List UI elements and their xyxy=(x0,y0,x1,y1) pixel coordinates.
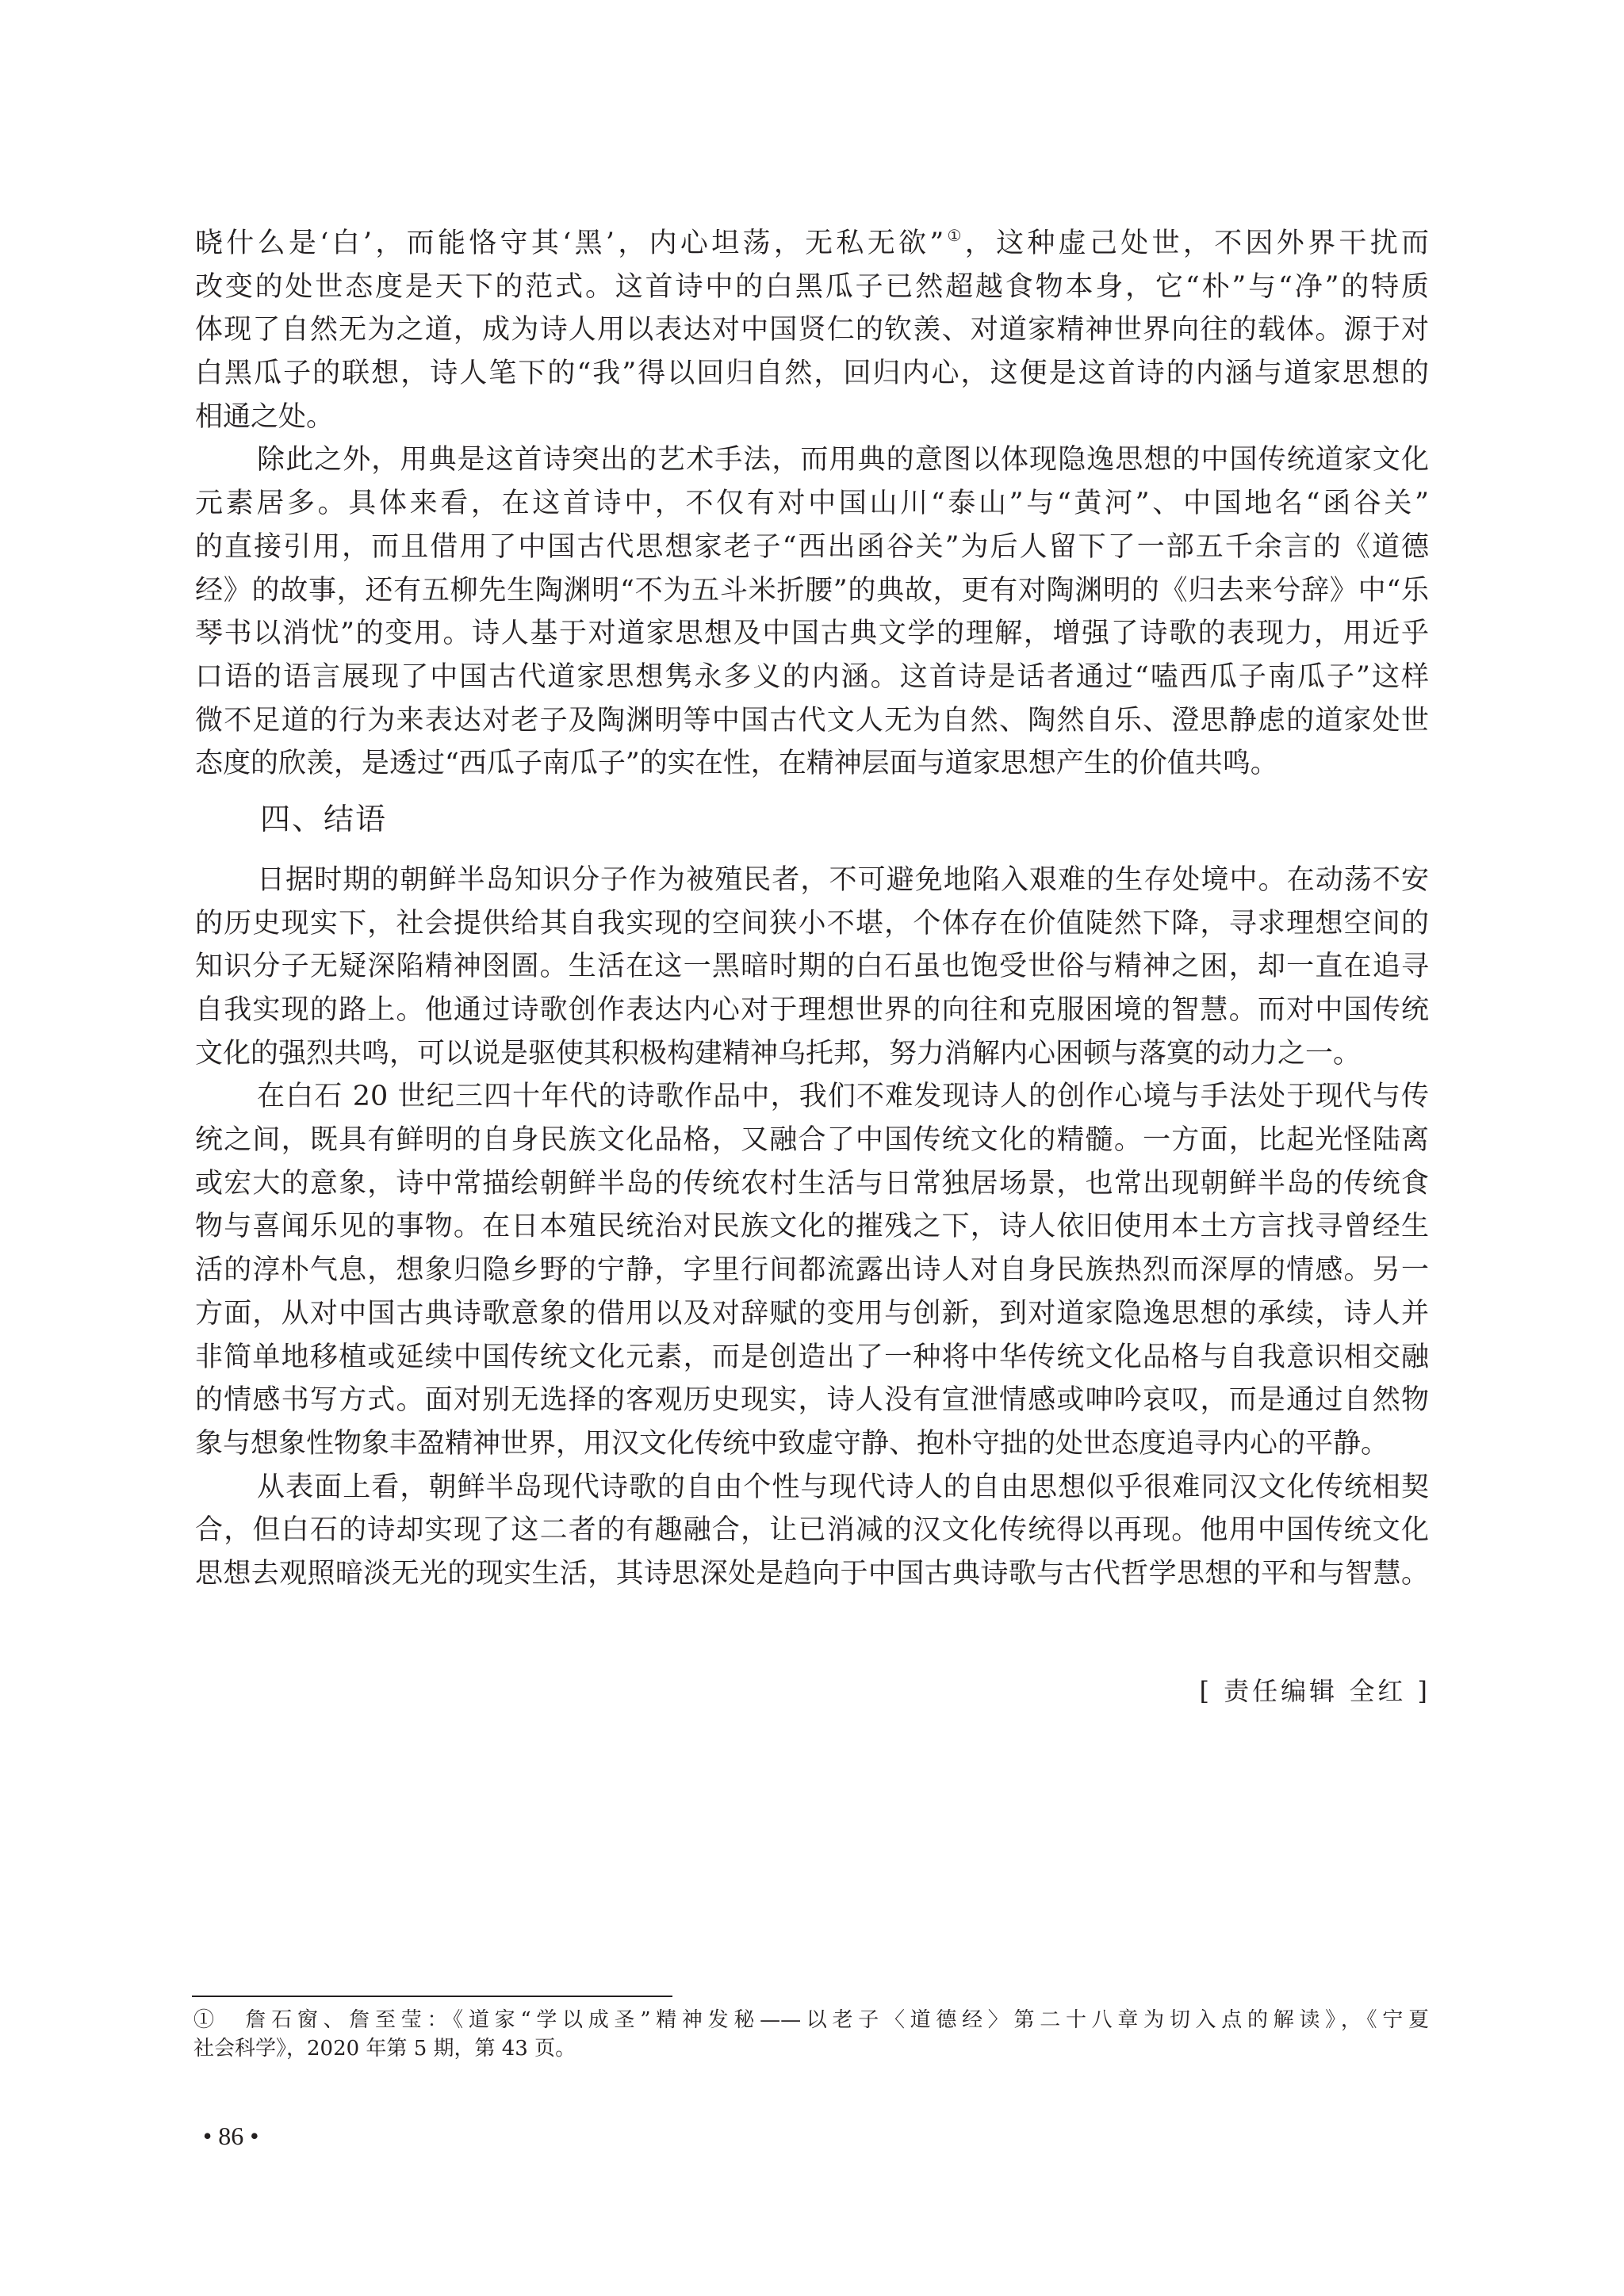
text-line: 活的淳朴气息，想象归隐乡野的宁静，字里行间都流露出诗人对自身民族热烈而深厚的情感… xyxy=(195,1249,1429,1292)
text-line: 改变的处世态度是天下的范式。这首诗中的白黑瓜子已然超越食物本身，它“朴”与“净”… xyxy=(195,266,1429,309)
article-body: 晓什么是‘白’，而能恪守其‘黑’，内心坦荡，无私无欲”①，这种虚己处世，不因外界… xyxy=(195,222,1429,1596)
text-line: 微不足道的行为来表达对老子及陶渊明等中国古代文人无为自然、陶然自乐、澄思静虑的道… xyxy=(195,699,1429,743)
paragraph: 日据时期的朝鲜半岛知识分子作为被殖民者，不可避免地陷入艰难的生存处境中。在动荡不… xyxy=(195,859,1429,1075)
text-line: 或宏大的意象，诗中常描绘朝鲜半岛的传统农村生活与日常独居场景，也常出现朝鲜半岛的… xyxy=(195,1162,1429,1206)
text-line: 象与想象性物象丰盈精神世界，用汉文化传统中致虚守静、抱朴守拙的处世态度追寻内心的… xyxy=(195,1422,1429,1466)
text-line: 思想去观照暗淡无光的现实生活，其诗思深处是趋向于中国古典诗歌与古代哲学思想的平和… xyxy=(195,1552,1429,1596)
text-line: 自我实现的路上。他通过诗歌创作表达内心对于理想世界的向往和克服困境的智慧。而对中… xyxy=(195,989,1429,1032)
text-line: 态度的欣羡，是透过“西瓜子南瓜子”的实在性，在精神层面与道家思想产生的价值共鸣。 xyxy=(195,742,1429,786)
footnote-line: ① 詹石窗、詹至莹：《道家“学以成圣”精神发秘——以老子〈道德经〉第二十八章为切… xyxy=(193,2006,1429,2034)
text-line: 除此之外，用典是这首诗突出的艺术手法，而用典的意图以体现隐逸思想的中国传统道家文… xyxy=(195,438,1429,482)
text-line: 白黑瓜子的联想，诗人笔下的“我”得以回归自然，回归内心，这便是这首诗的内涵与道家… xyxy=(195,352,1429,396)
text-line: 合，但白石的诗却实现了这二者的有趣融合，让已消减的汉文化传统得以再现。他用中国传… xyxy=(195,1509,1429,1552)
text-line: 相通之处。 xyxy=(195,396,1429,439)
paragraph: 在白石 20 世纪三四十年代的诗歌作品中，我们不难发现诗人的创作心境与手法处于现… xyxy=(195,1075,1429,1465)
paragraph: 从表面上看，朝鲜半岛现代诗歌的自由个性与现代诗人的自由思想似乎很难同汉文化传统相… xyxy=(195,1466,1429,1596)
paragraph: 除此之外，用典是这首诗突出的艺术手法，而用典的意图以体现隐逸思想的中国传统道家文… xyxy=(195,438,1429,786)
journal-page: 晓什么是‘白’，而能恪守其‘黑’，内心坦荡，无私无欲”①，这种虚己处世，不因外界… xyxy=(0,0,1624,2296)
text-line: 知识分子无疑深陷精神囹圄。生活在这一黑暗时期的白石虽也饱受世俗与精神之困，却一直… xyxy=(195,945,1429,989)
footnote-divider xyxy=(192,1996,672,1997)
text-line: 的情感书写方式。面对别无选择的客观历史现实，诗人没有宣泄情感或呻吟哀叹，而是通过… xyxy=(195,1379,1429,1422)
text-line: 元素居多。具体来看，在这首诗中，不仅有对中国山川“泰山”与“黄河”、中国地名“函… xyxy=(195,482,1429,526)
text-line: 日据时期的朝鲜半岛知识分子作为被殖民者，不可避免地陷入艰难的生存处境中。在动荡不… xyxy=(195,859,1429,902)
text-line: 口语的语言展现了中国古代道家思想隽永多义的内涵。这首诗是话者通过“嗑西瓜子南瓜子… xyxy=(195,656,1429,699)
text-line: 琴书以消忧”的变用。诗人基于对道家思想及中国古典文学的理解，增强了诗歌的表现力，… xyxy=(195,612,1429,656)
text-line: 体现了自然无为之道，成为诗人用以表达对中国贤仁的钦羡、对道家精神世界向往的载体。… xyxy=(195,308,1429,352)
text-line: 文化的强烈共鸣，可以说是驱使其积极构建精神乌托邦，努力消解内心困顿与落寞的动力之… xyxy=(195,1032,1429,1076)
text-line: 统之间，既具有鲜明的自身民族文化品格，又融合了中国传统文化的精髓。一方面，比起光… xyxy=(195,1119,1429,1162)
footnote-line: 社会科学》，2020 年第 5 期，第 43 页。 xyxy=(193,2034,1429,2063)
text-line: 的历史现实下，社会提供给其自我实现的空间狭小不堪，个体存在价值陡然下降，寻求理想… xyxy=(195,902,1429,946)
text-line: 在白石 20 世纪三四十年代的诗歌作品中，我们不难发现诗人的创作心境与手法处于现… xyxy=(195,1075,1429,1119)
text-line: 物与喜闻乐见的事物。在日本殖民统治对民族文化的摧残之下，诗人依旧使用本土方言找寻… xyxy=(195,1205,1429,1249)
footnote-ref[interactable]: ① xyxy=(944,226,965,245)
footnote: ① 詹石窗、詹至莹：《道家“学以成圣”精神发秘——以老子〈道德经〉第二十八章为切… xyxy=(193,2006,1429,2063)
section-heading: 四、结语 xyxy=(195,789,1429,849)
page-number: • 86 • xyxy=(203,2122,259,2151)
paragraph: 晓什么是‘白’，而能恪守其‘黑’，内心坦荡，无私无欲”①，这种虚己处世，不因外界… xyxy=(195,222,1429,438)
responsible-editor-note: [ 责任编辑 全红 ] xyxy=(1200,1671,1431,1708)
text-line: 经》的故事，还有五柳先生陶渊明“不为五斗米折腰”的典故，更有对陶渊明的《归去来兮… xyxy=(195,569,1429,613)
text-line: 晓什么是‘白’，而能恪守其‘黑’，内心坦荡，无私无欲”①，这种虚己处世，不因外界… xyxy=(195,222,1429,266)
text-line: 从表面上看，朝鲜半岛现代诗歌的自由个性与现代诗人的自由思想似乎很难同汉文化传统相… xyxy=(195,1466,1429,1510)
text-line: 方面，从对中国古典诗歌意象的借用以及对辞赋的变用与创新，到对道家隐逸思想的承续，… xyxy=(195,1292,1429,1336)
text-line: 非简单地移植或延续中国传统文化元素，而是创造出了一种将中华传统文化品格与自我意识… xyxy=(195,1336,1429,1380)
text-line: 的直接引用，而且借用了中国古代思想家老子“西出函谷关”为后人留下了一部五千余言的… xyxy=(195,526,1429,569)
